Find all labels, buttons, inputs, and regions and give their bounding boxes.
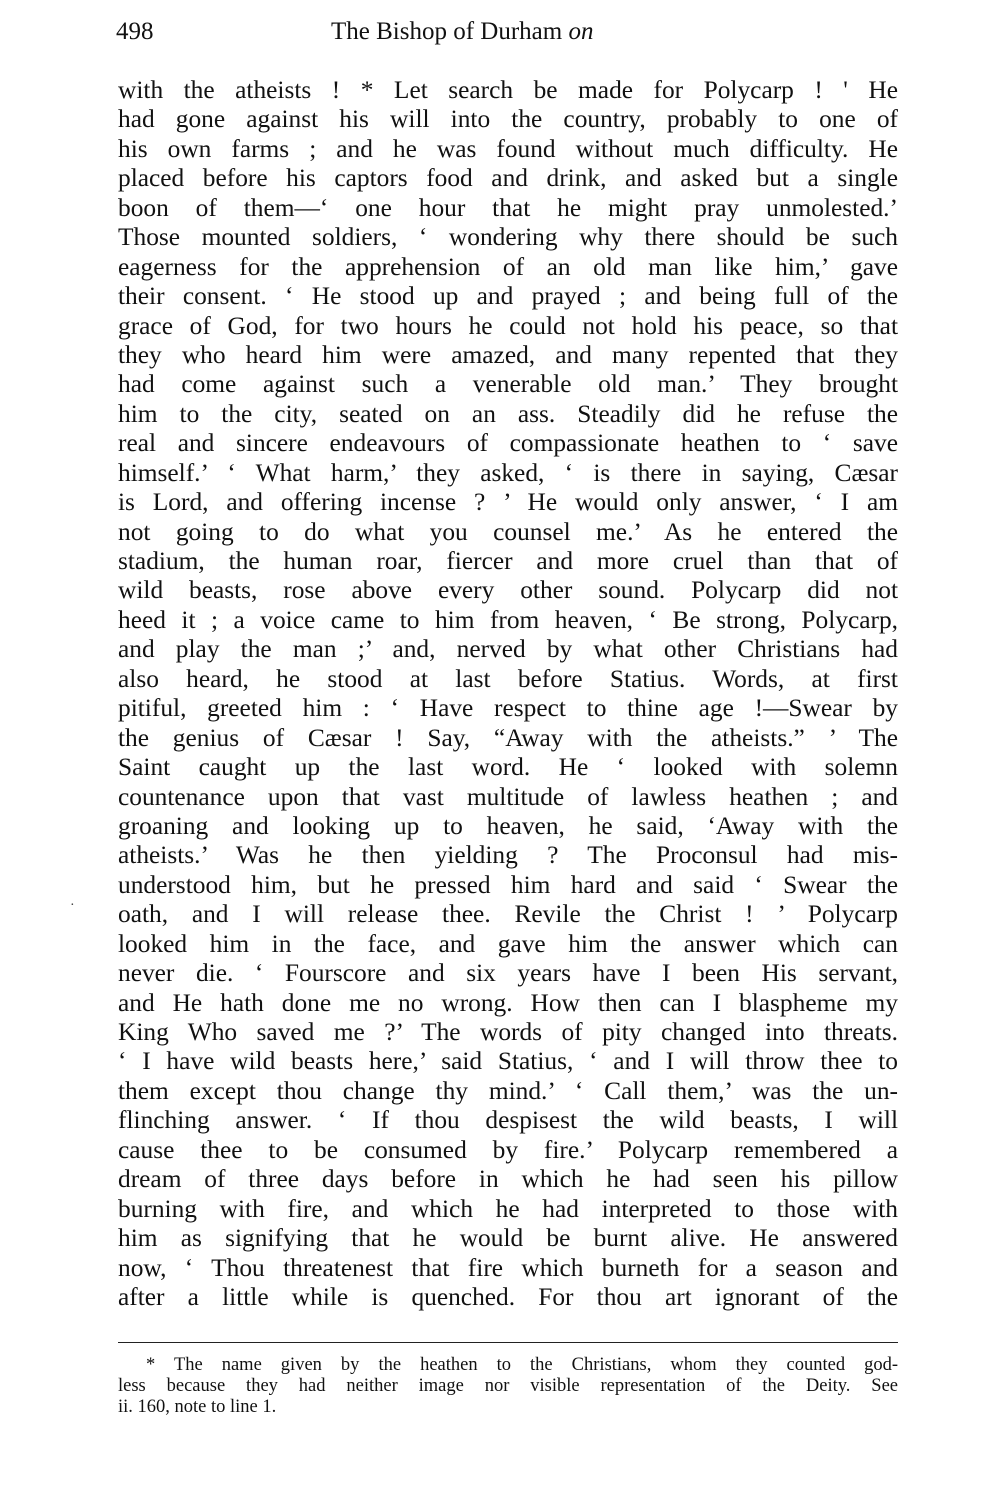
text-line: the genius of Cæsar ! Say, “Away with th… [118, 724, 898, 753]
text-line: flinching answer. ‘ If thou despisest th… [118, 1106, 898, 1135]
text-line: countenance upon that vast multitude of … [118, 783, 898, 812]
text-line: himself.’ ‘ What harm,’ they asked, ‘ is… [118, 459, 898, 488]
footnote-line: less because they had neither image nor … [118, 1376, 898, 1397]
text-line: them except thou change thy mind.’ ‘ Cal… [118, 1077, 898, 1106]
text-line: stadium, the human roar, fiercer and mor… [118, 547, 898, 576]
text-line: never die. ‘ Fourscore and six years hav… [118, 959, 898, 988]
page-header: 498 The Bishop of Durham on [116, 18, 900, 54]
text-line: looked him in the face, and gave him the… [118, 930, 898, 959]
text-line: pitiful, greeted him : ‘ Have respect to… [118, 694, 898, 723]
text-line: is Lord, and offering incense ? ’ He wou… [118, 488, 898, 517]
text-line: burning with fire, and which he had inte… [118, 1195, 898, 1224]
text-line: wild beasts, rose above every other soun… [118, 576, 898, 605]
text-line: King Who saved me ?’ The words of pity c… [118, 1018, 898, 1047]
running-title-text: The Bishop of Durham [331, 18, 562, 45]
footnote-line: * The name given by the heathen to the C… [118, 1355, 898, 1376]
text-line: and play the man ;’ and, nerved by what … [118, 635, 898, 664]
text-line: after a little while is quenched. For th… [118, 1283, 898, 1312]
text-line: boon of them—‘ one hour that he might pr… [118, 194, 898, 223]
text-line: heed it ; a voice came to him from heave… [118, 606, 898, 635]
text-line: real and sincere endeavours of compassio… [118, 429, 898, 458]
text-line: ‘ I have wild beasts here,’ said Statius… [118, 1047, 898, 1076]
text-line: groaning and looking up to heaven, he sa… [118, 812, 898, 841]
text-line: understood him, but he pressed him hard … [118, 871, 898, 900]
text-line: grace of God, for two hours he could not… [118, 312, 898, 341]
text-line: dream of three days before in which he h… [118, 1165, 898, 1194]
text-line: him as signifying that he would be burnt… [118, 1224, 898, 1253]
text-line: their consent. ‘ He stood up and prayed … [118, 282, 898, 311]
text-line: Those mounted soldiers, ‘ wondering why … [118, 223, 898, 252]
footnote: * The name given by the heathen to the C… [118, 1355, 898, 1418]
footnote-line: ii. 160, note to line 1. [118, 1397, 898, 1418]
text-line: placed before his captors food and drink… [118, 164, 898, 193]
text-line: they who heard him were amazed, and many… [118, 341, 898, 370]
text-line: atheists.’ Was he then yielding ? The Pr… [118, 841, 898, 870]
text-line: had come against such a venerable old ma… [118, 370, 898, 399]
body-text: with the atheists ! * Let search be made… [118, 76, 898, 1312]
text-line: with the atheists ! * Let search be made… [118, 76, 898, 105]
text-line: oath, and I will release thee. Revile th… [118, 900, 898, 929]
text-line: now, ‘ Thou threatenest that fire which … [118, 1254, 898, 1283]
text-line: and He hath done me no wrong. How then c… [118, 989, 898, 1018]
text-line: had gone against his will into the count… [118, 105, 898, 134]
text-line: cause thee to be consumed by fire.’ Poly… [118, 1136, 898, 1165]
running-title: The Bishop of Durham on [331, 18, 593, 46]
running-title-italic: on [568, 18, 593, 45]
text-line: eagerness for the apprehension of an old… [118, 253, 898, 282]
text-line: him to the city, seated on an ass. Stead… [118, 400, 898, 429]
text-line: Saint caught up the last word. He ‘ look… [118, 753, 898, 782]
text-line: not going to do what you counsel me.’ As… [118, 518, 898, 547]
footnote-rule [118, 1342, 898, 1343]
text-line: his own farms ; and he was found without… [118, 135, 898, 164]
page-number: 498 [116, 18, 154, 46]
text-line: also heard, he stood at last before Stat… [118, 665, 898, 694]
stray-mark: · [70, 898, 75, 914]
